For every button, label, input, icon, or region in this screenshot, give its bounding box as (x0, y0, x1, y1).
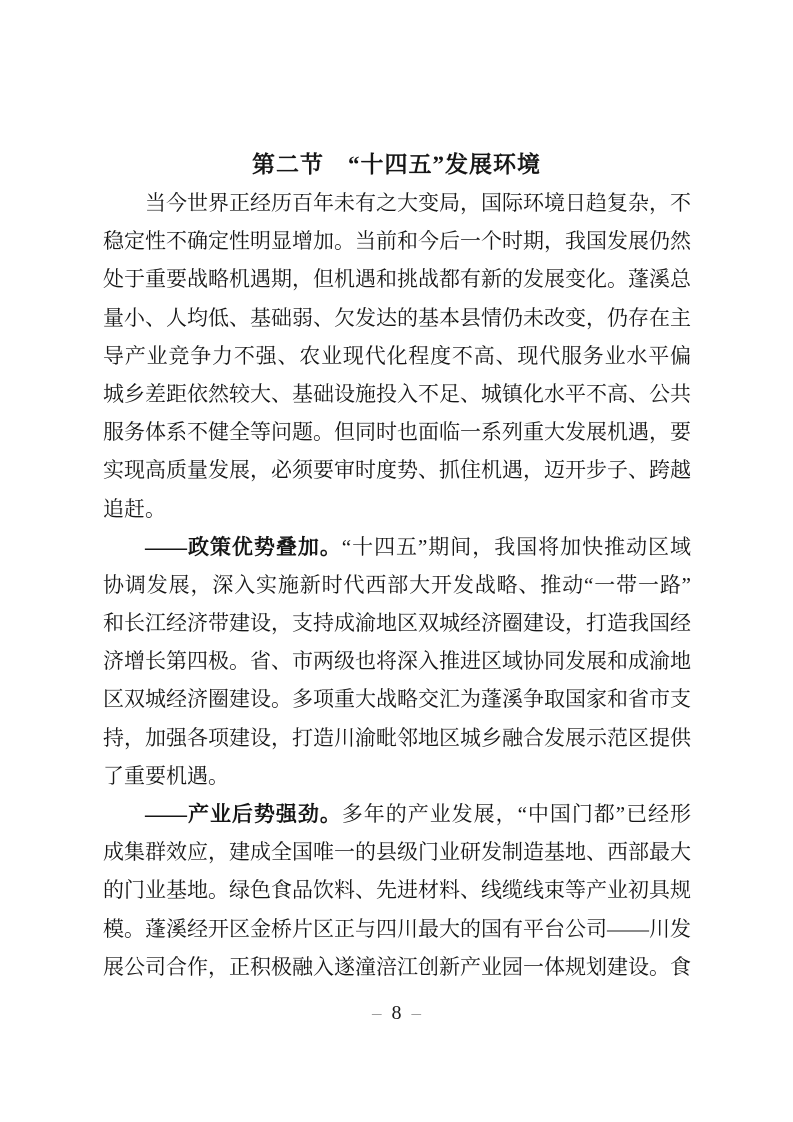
paragraph: 当今世界正经历百年未有之大变局，国际环境日趋复杂，不稳定性不确定性明显增加。当前… (103, 184, 691, 528)
text-line: 稳定性不确定性明显增加。当前和今后一个时期，我国发展仍然 (103, 222, 691, 260)
body-text: 城乡差距依然较大、基础设施投入不足、城镇化水平不高、公共 (103, 382, 691, 406)
lead-in-bold-text: ——政策优势叠加。 (145, 535, 342, 559)
text-line: ——产业后势强劲。多年的产业发展，“中国门都”已经形 (103, 795, 691, 833)
section-title: 第二节 “十四五”发展环境 (0, 146, 793, 179)
footer-dash-left: – (362, 1003, 392, 1024)
body-text: 实现高质量发展，必须要审时度势、抓住机遇，迈开步子、跨越 (103, 458, 691, 482)
text-line: 成集群效应，建成全国唯一的县级门业研发制造基地、西部最大 (103, 833, 691, 871)
body-text: 量小、人均低、基础弱、欠发达的基本县情仍未改变，仍存在主 (103, 306, 691, 330)
text-line: 实现高质量发展，必须要审时度势、抓住机遇，迈开步子、跨越 (103, 451, 691, 489)
text-line: 追赶。 (103, 490, 691, 528)
document-body: 当今世界正经历百年未有之大变局，国际环境日趋复杂，不稳定性不确定性明显增加。当前… (103, 184, 691, 986)
text-line: 量小、人均低、基础弱、欠发达的基本县情仍未改变，仍存在主 (103, 299, 691, 337)
text-line: 展公司合作，正积极融入遂潼涪江创新产业园一体规划建设。食 (103, 948, 691, 986)
body-text: 服务体系不健全等问题。但同时也面临一系列重大发展机遇，要 (103, 420, 691, 444)
body-text: 了重要机遇。 (103, 764, 229, 788)
paragraph: ——政策优势叠加。“十四五”期间，我国将加快推动区域协调发展，深入实施新时代西部… (103, 528, 691, 795)
body-text: 成集群效应，建成全国唯一的县级门业研发制造基地、西部最大 (103, 840, 691, 864)
page-number: 8 (392, 1002, 402, 1024)
body-text: 展公司合作，正积极融入遂潼涪江创新产业园一体规划建设。食 (103, 955, 691, 979)
document-page: 第二节 “十四五”发展环境 当今世界正经历百年未有之大变局，国际环境日趋复杂，不… (0, 0, 793, 1122)
body-text: 处于重要战略机遇期，但机遇和挑战都有新的发展变化。蓬溪总 (103, 267, 691, 291)
text-line: 模。蓬溪经开区金桥片区正与四川最大的国有平台公司——川发 (103, 910, 691, 948)
text-line: 了重要机遇。 (103, 757, 691, 795)
lead-in-bold-text: ——产业后势强劲。 (145, 802, 342, 826)
body-text: 和长江经济带建设，支持成渝地区双城经济圈建设，打造我国经 (103, 611, 691, 635)
text-line: 服务体系不健全等问题。但同时也面临一系列重大发展机遇，要 (103, 413, 691, 451)
text-line: 和长江经济带建设，支持成渝地区双城经济圈建设，打造我国经 (103, 604, 691, 642)
body-text: 区双城经济圈建设。多项重大战略交汇为蓬溪争取国家和省市支 (103, 687, 691, 711)
text-line: ——政策优势叠加。“十四五”期间，我国将加快推动区域 (103, 528, 691, 566)
body-text: 稳定性不确定性明显增加。当前和今后一个时期，我国发展仍然 (103, 229, 691, 253)
text-line: 持，加强各项建设，打造川渝毗邻地区城乡融合发展示范区提供 (103, 719, 691, 757)
body-text: 持，加强各项建设，打造川渝毗邻地区城乡融合发展示范区提供 (103, 726, 691, 750)
text-line: 的门业基地。绿色食品饮料、先进材料、线缆线束等产业初具规 (103, 871, 691, 909)
text-line: 导产业竞争力不强、农业现代化程度不高、现代服务业水平偏低、 (103, 337, 691, 375)
text-line: 当今世界正经历百年未有之大变局，国际环境日趋复杂，不 (103, 184, 691, 222)
body-text: “十四五”期间，我国将加快推动区域 (342, 535, 691, 559)
body-text: 协调发展，深入实施新时代西部大开发战略、推动“一带一路” (103, 573, 691, 597)
text-line: 处于重要战略机遇期，但机遇和挑战都有新的发展变化。蓬溪总 (103, 260, 691, 298)
body-text: 当今世界正经历百年未有之大变局，国际环境日趋复杂，不 (145, 191, 691, 215)
text-line: 协调发展，深入实施新时代西部大开发战略、推动“一带一路” (103, 566, 691, 604)
body-text: 导产业竞争力不强、农业现代化程度不高、现代服务业水平偏低、 (103, 344, 691, 375)
footer-dash-right: – (402, 1003, 432, 1024)
page-footer: –8– (0, 999, 793, 1028)
text-line: 济增长第四极。省、市两级也将深入推进区域协同发展和成渝地 (103, 642, 691, 680)
paragraph: ——产业后势强劲。多年的产业发展，“中国门都”已经形成集群效应，建成全国唯一的县… (103, 795, 691, 986)
body-text: 的门业基地。绿色食品饮料、先进材料、线缆线束等产业初具规 (103, 878, 691, 902)
body-text: 济增长第四极。省、市两级也将深入推进区域协同发展和成渝地 (103, 649, 691, 673)
body-text: 模。蓬溪经开区金桥片区正与四川最大的国有平台公司——川发 (103, 917, 691, 941)
text-line: 区双城经济圈建设。多项重大战略交汇为蓬溪争取国家和省市支 (103, 680, 691, 718)
body-text: 追赶。 (103, 497, 166, 521)
body-text: 多年的产业发展，“中国门都”已经形 (342, 802, 691, 826)
text-line: 城乡差距依然较大、基础设施投入不足、城镇化水平不高、公共 (103, 375, 691, 413)
